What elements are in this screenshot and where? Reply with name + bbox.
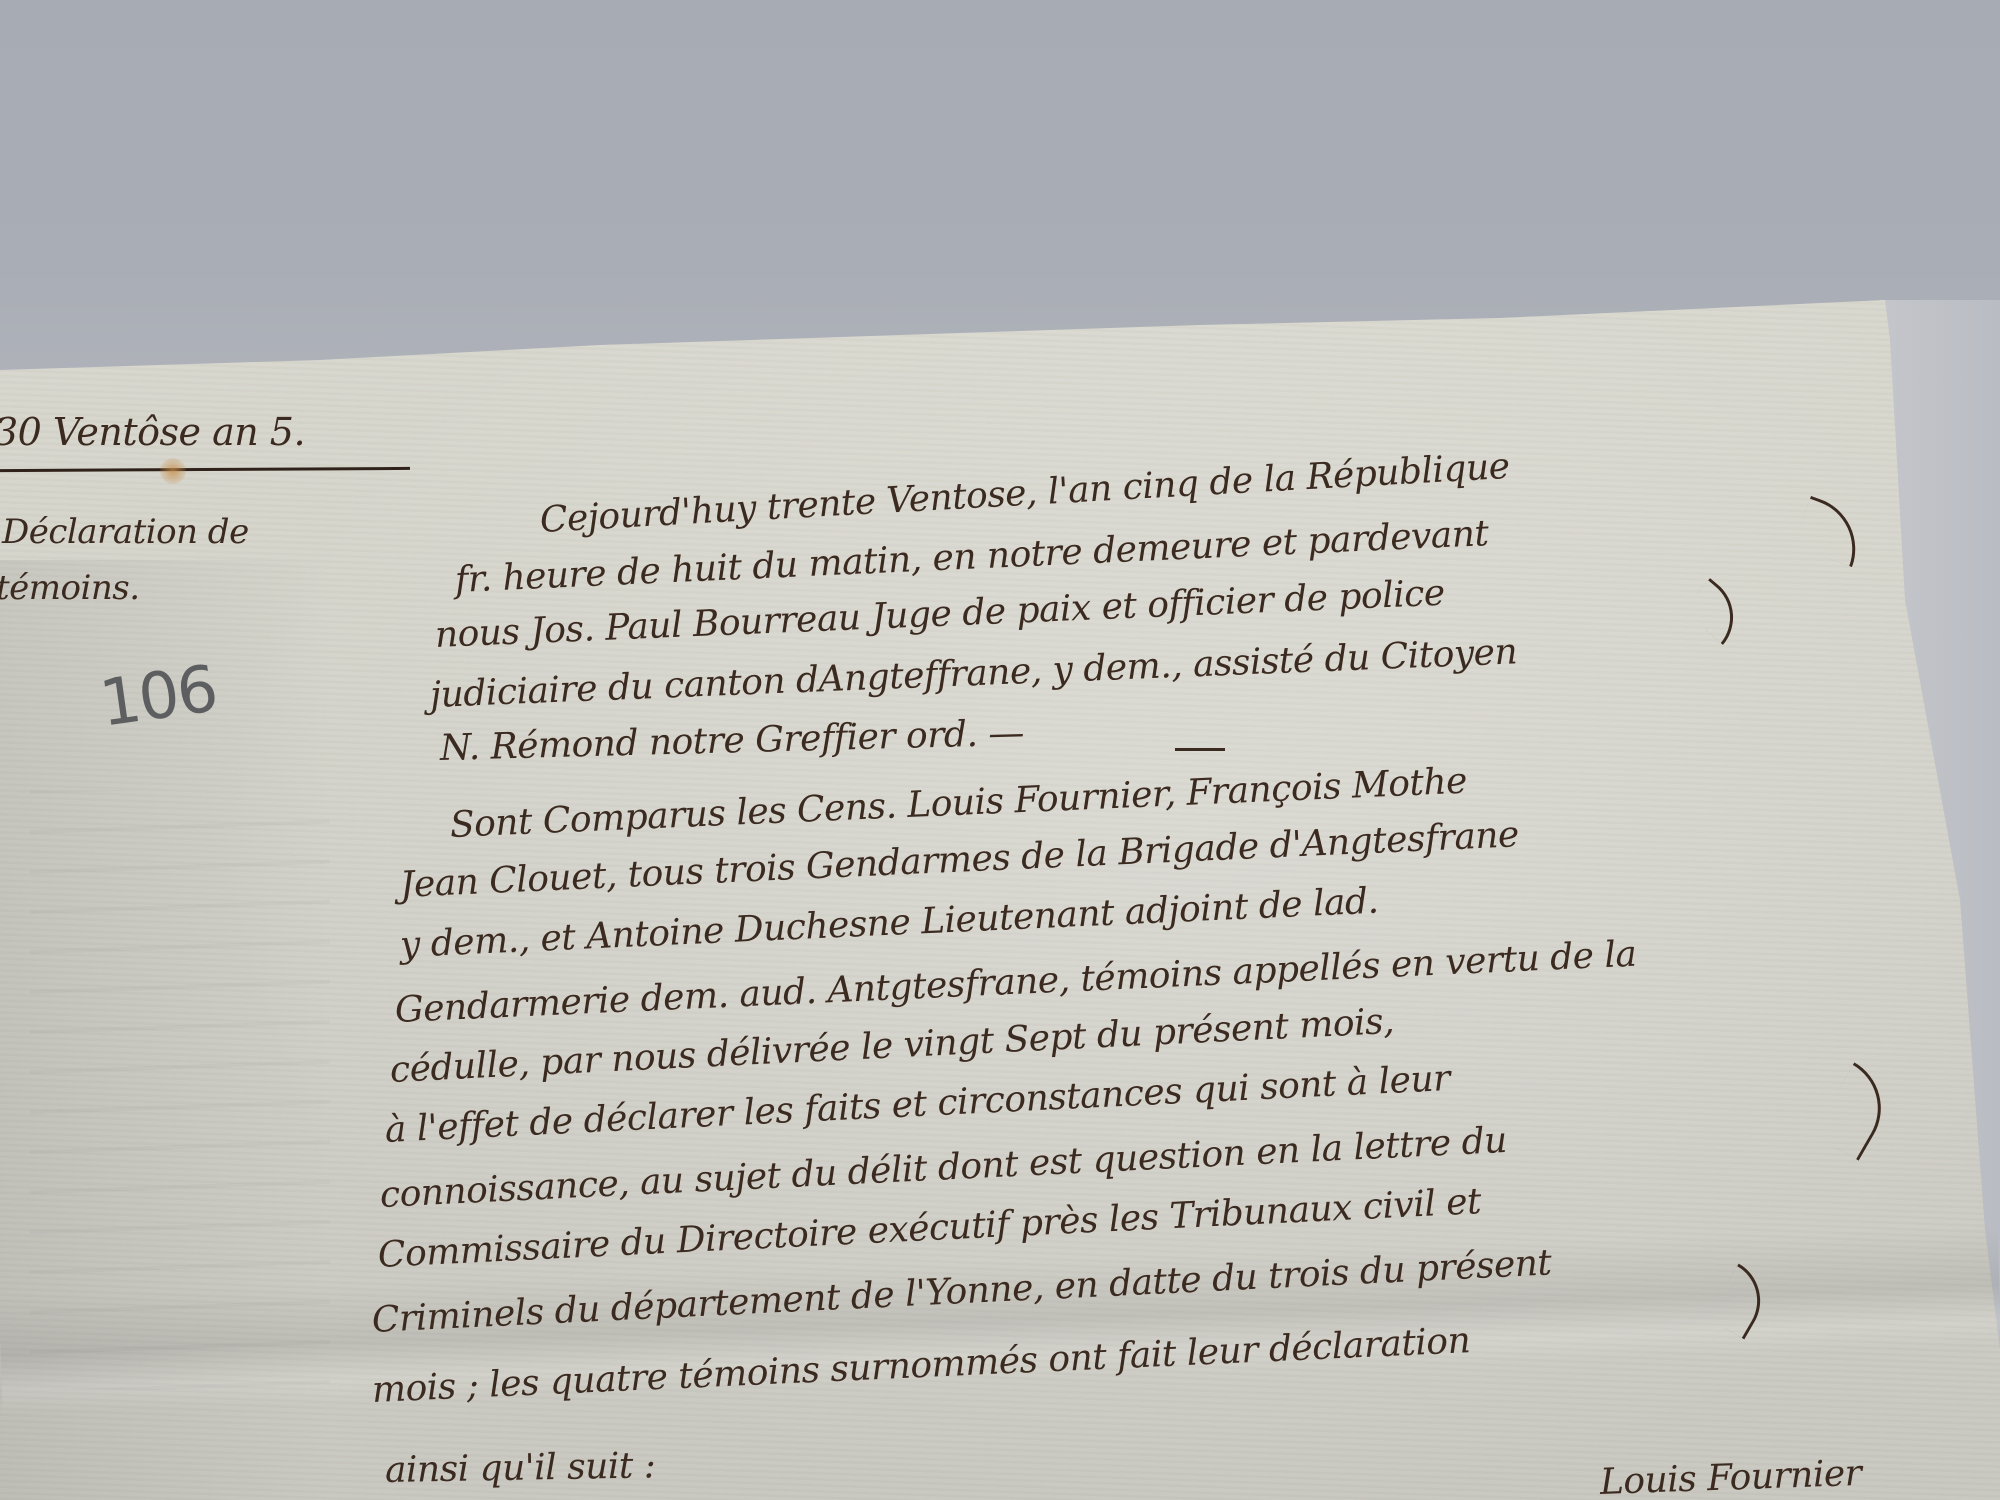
partial-bottom-line: Louis Fournier — [1599, 1453, 1862, 1500]
ink-stain — [160, 458, 186, 484]
line-end-dash — [1175, 748, 1225, 751]
margin-date-heading: 30 Ventôse an 5. — [0, 410, 305, 454]
body-line: ainsi qu'il suit : — [385, 1445, 656, 1491]
margin-label-line-2: témoins. — [0, 568, 140, 608]
margin-label-line-1: Déclaration de — [2, 512, 249, 552]
